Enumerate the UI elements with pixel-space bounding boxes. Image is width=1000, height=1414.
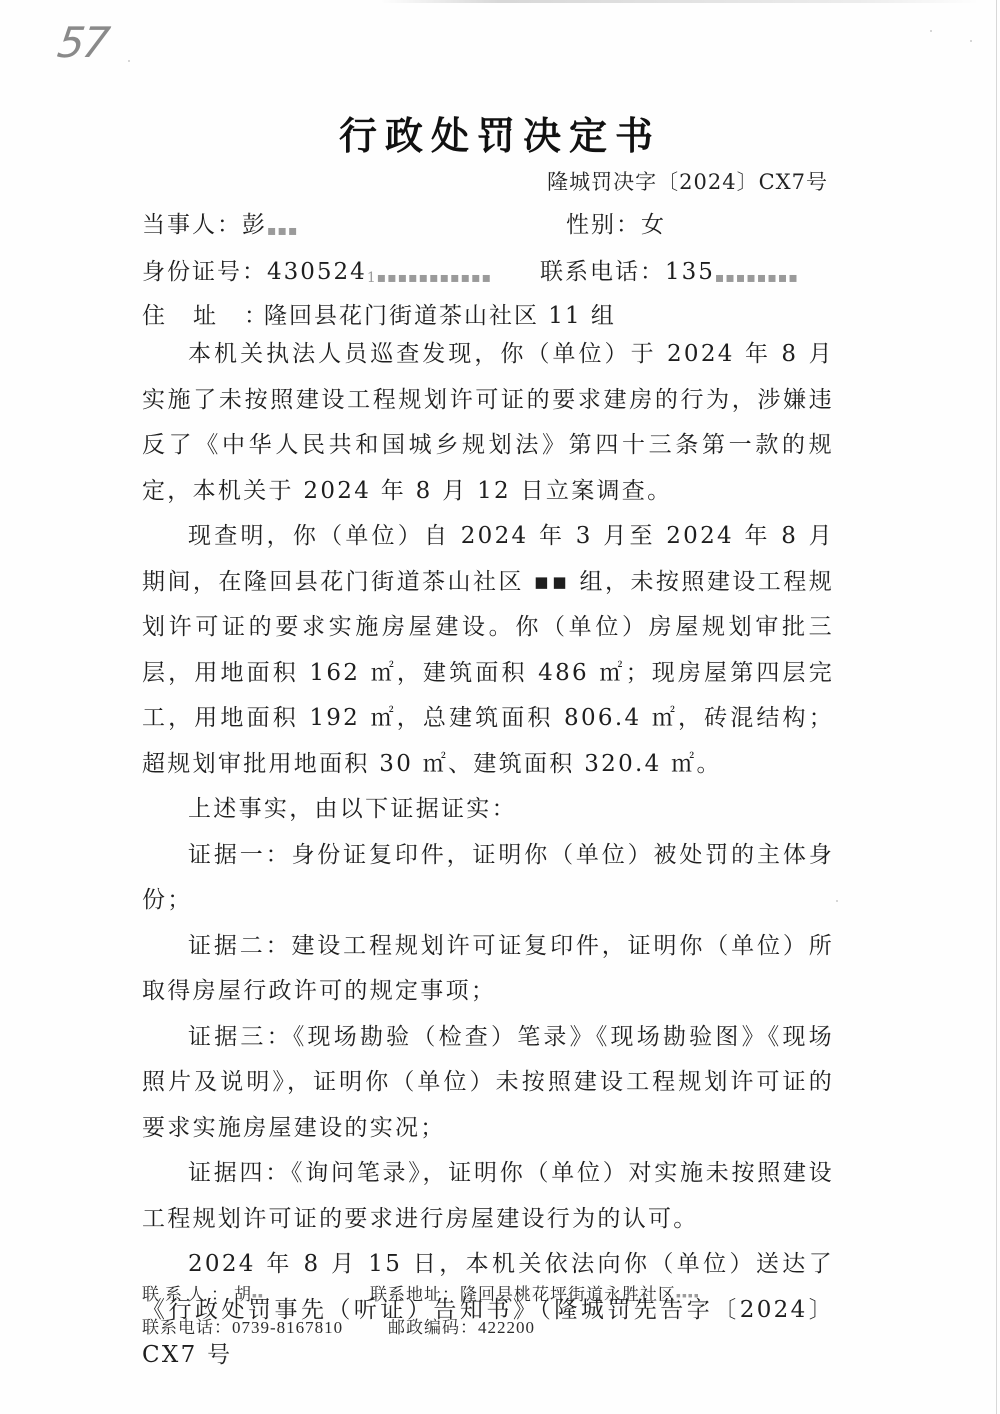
scan-speck [970, 40, 972, 42]
scan-speck [930, 30, 932, 32]
address-label: 住址： [142, 297, 264, 330]
scan-speck [128, 60, 130, 62]
postal-code: 邮政编码：422200 [388, 1313, 535, 1338]
document-number: 隆城罚决字〔2024〕CX7号 [547, 166, 828, 196]
party-name-label: 当事人： [142, 206, 242, 239]
party-phone-label: 联系电话： [540, 259, 665, 285]
document-page: 57 行政处罚决定书 隆城罚决字〔2024〕CX7号 当事人：彭▪▪▪ 性别：女… [0, 0, 1000, 1414]
paragraph-findings: 现查明，你（单位）自 2024 年 3 月至 2024 年 8 月期间，在隆回县… [142, 514, 834, 787]
postal-code-label: 邮政编码： [388, 1318, 478, 1337]
scan-speck [836, 900, 838, 902]
contact-address-redacted: ▪▪▪▪ [676, 1289, 700, 1305]
footer-row-2: 联系电话：0739-8167810 邮政编码：422200 [142, 1309, 842, 1342]
contact-person-redacted: ▪▪ [252, 1289, 264, 1305]
postal-code-value: 422200 [478, 1318, 535, 1337]
contact-phone: 联系电话：0739-8167810 [142, 1313, 388, 1338]
address-value: 隆回县花门街道茶山社区 11 组 [264, 297, 616, 330]
gender-row: 性别：女 [566, 206, 666, 239]
paragraph-evidence-1: 证据一：身份证复印件，证明你（单位）被处罚的主体身份； [142, 833, 834, 924]
document-title: 行政处罚决定书 [0, 105, 1000, 160]
contact-phone-label: 联系电话： [142, 1318, 232, 1337]
paragraph-evidence-2: 证据二：建设工程规划许可证复印件，证明你（单位）所取得房屋行政许可的规定事项； [142, 924, 834, 1015]
id-number-label: 身份证号： [142, 253, 267, 286]
party-name-row: 当事人：彭▪▪▪ [142, 206, 298, 239]
address-row: 住址：隆回县花门街道茶山社区 11 组 [142, 297, 616, 330]
id-number-value: 430524 [267, 259, 367, 285]
contact-address: 联系地址：隆回县桃花坪街道永胜社区▪▪▪▪ [370, 1280, 700, 1305]
id-number-row: 身份证号：4305241▪▪▪▪▪▪▪▪▪▪▪ [142, 253, 492, 286]
contact-person-value: 胡 [234, 1285, 252, 1304]
paragraph-evidence-intro: 上述事实，由以下证据证实： [142, 787, 834, 833]
contact-person: 联系人：胡▪▪ [142, 1280, 370, 1305]
id-number-redacted: 1▪▪▪▪▪▪▪▪▪▪▪ [367, 270, 492, 286]
footer-contact-info: 联系人：胡▪▪ 联系地址：隆回县桃花坪街道永胜社区▪▪▪▪ 联系电话：0739-… [142, 1276, 842, 1342]
paragraph-evidence-4: 证据四：《询问笔录》，证明你（单位）对实施未按照建设工程规划许可证的要求进行房屋… [142, 1151, 834, 1242]
gender-label: 性别： [566, 212, 641, 238]
decision-body: 本机关执法人员巡查发现，你（单位）于 2024 年 8 月实施了未按照建设工程规… [142, 332, 834, 1379]
gender-value: 女 [641, 212, 666, 238]
contact-address-label: 联系地址： [370, 1285, 460, 1304]
scan-artifact-top [380, 0, 980, 3]
party-name-redacted: ▪▪▪ [267, 223, 298, 239]
handwritten-page-number: 57 [55, 18, 111, 67]
paragraph-investigation: 本机关执法人员巡查发现，你（单位）于 2024 年 8 月实施了未按照建设工程规… [142, 332, 834, 514]
party-phone-value: 135 [665, 259, 715, 285]
party-phone-row: 联系电话：135▪▪▪▪▪▪▪▪ [540, 253, 799, 286]
contact-phone-value: 0739-8167810 [232, 1318, 343, 1337]
contact-address-value: 隆回县桃花坪街道永胜社区 [460, 1285, 676, 1304]
party-name-value: 彭 [242, 206, 267, 239]
footer-row-1: 联系人：胡▪▪ 联系地址：隆回县桃花坪街道永胜社区▪▪▪▪ [142, 1276, 842, 1309]
party-phone-redacted: ▪▪▪▪▪▪▪▪ [715, 270, 799, 286]
scan-artifact-right [996, 0, 997, 1414]
paragraph-evidence-3: 证据三：《现场勘验（检查）笔录》《现场勘验图》《现场照片及说明》，证明你（单位）… [142, 1015, 834, 1152]
contact-person-label: 联系人： [142, 1285, 234, 1304]
